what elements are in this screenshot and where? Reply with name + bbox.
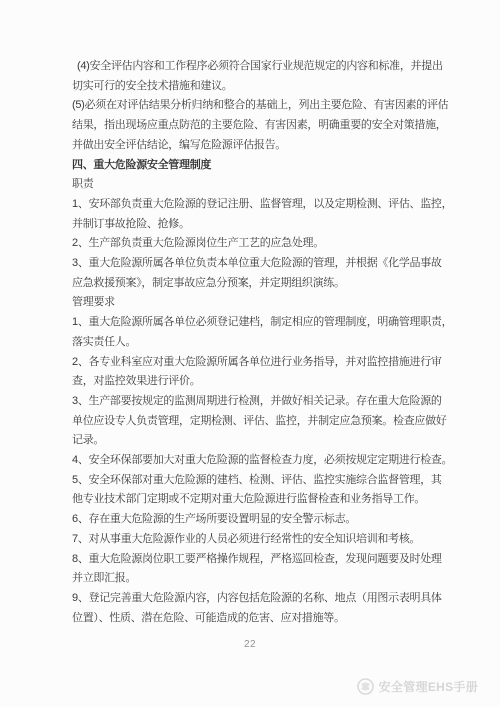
text-line: 结果，指出现场应重点防范的主要危险、有害因素，明确重要的安全对策措施， (72, 116, 440, 136)
text-line: 1、安环部负责重大危险源的登记注册、监督管理，以及定期检测、评估、监控， (72, 195, 440, 215)
text-line: 3、生产部要按规定的监测周期进行检测，并做好相关记录。存在重大危险源的 (72, 392, 440, 412)
text-line: 并做出安全评估结论，编写危险源评估报告。 (72, 136, 440, 156)
text-line: (5)必须在对评估结果分析归纳和整合的基础上，列出主要危险、有害因素的评估 (72, 96, 440, 116)
text-line: 7、对从事重大危险源作业的人员必须进行经常性的安全知识培训和考核。 (72, 530, 440, 550)
document-body-text: (4)安全评估内容和工作程序必须符合国家行业规范规定的内容和标准，并提出切实可行… (72, 57, 440, 628)
footer-watermark: 安全管理EHS手册 (357, 678, 478, 695)
text-line: 并立即汇报。 (72, 569, 440, 589)
text-line: 单位应设专人负责管理，定期检测、评估、监控，并制定应急预案。检查应做好 (72, 412, 440, 432)
text-line: 5、安全环保部对重大危险源的建档、检测、评估、监控实施综合监督管理，其 (72, 471, 440, 491)
text-line: 9、登记完善重大危险源内容，内容包括危险源的名称、地点（用图示表明具体 (72, 589, 440, 609)
text-line: 落实责任人。 (72, 333, 440, 353)
text-line: 切实可行的安全技术措施和建议。 (72, 77, 440, 97)
text-line: 他专业技术部门定期或不定期对重大危险源进行监督检查和业务指导工作。 (72, 490, 440, 510)
text-line: 管理要求 (72, 293, 440, 313)
text-line: 应急救援预案》，制定事故应急分预案，并定期组织演练。 (72, 274, 440, 294)
watermark-label: 安全管理EHS手册 (379, 678, 478, 695)
text-line: 四、重大危险源安全管理制度 (72, 156, 440, 176)
text-line: 位置）、性质、潜在危险、可能造成的危害、应对措施等。 (72, 609, 440, 629)
text-line: 1、重大危险源所属各单位必须登记建档，制定相应的管理制度，明确管理职责， (72, 313, 440, 333)
text-line: 并制订事故抢险、抢修。 (72, 215, 440, 235)
text-line: 记录。 (72, 431, 440, 451)
page-number: 22 (0, 639, 500, 650)
text-line: 2、各专业科室应对重大危险源所属各单位进行业务指导，并对监控措施进行审 (72, 353, 440, 373)
text-line: 职责 (72, 175, 440, 195)
text-line: 4、安全环保部要加大对重大危险源的监督检查力度，必须按规定定期进行检查。 (72, 451, 440, 471)
text-line: 3、重大危险源所属各单位负责本单位重大危险源的管理，并根据《化学品事故 (72, 254, 440, 274)
text-line: 6、存在重大危险源的生产场所要设置明显的安全警示标志。 (72, 510, 440, 530)
text-line: (4)安全评估内容和工作程序必须符合国家行业规范规定的内容和标准，并提出 (72, 57, 440, 77)
ehs-logo-icon (357, 678, 374, 695)
text-line: 2、生产部负责重大危险源岗位生产工艺的应急处理。 (72, 234, 440, 254)
text-line: 查，对监控效果进行评价。 (72, 372, 440, 392)
text-line: 8、重大危险源岗位职工要严格操作规程，严格巡回检查，发现问题要及时处理 (72, 550, 440, 570)
document-page: (4)安全评估内容和工作程序必须符合国家行业规范规定的内容和标准，并提出切实可行… (0, 0, 500, 707)
